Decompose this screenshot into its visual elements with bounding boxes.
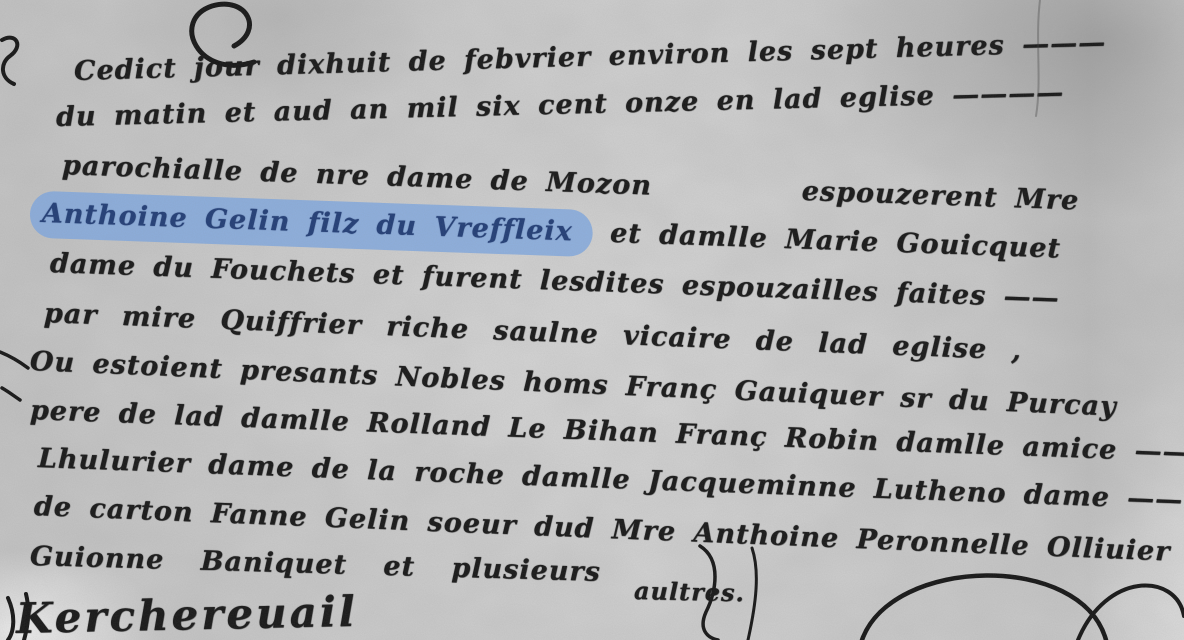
descender-stroke (748, 548, 756, 640)
pen-gap (652, 195, 802, 200)
line-3-right-text: espouzerent Mre (801, 176, 1080, 217)
ink-mark-left-mid (0, 352, 28, 400)
ink-mark-left-top (2, 38, 17, 84)
flourish-bottom-right-large (862, 575, 1106, 640)
manuscript-line-2: du matin et aud an mil six cent onze en … (56, 77, 1065, 133)
flourish-bottom-right-small (1078, 586, 1184, 640)
manuscript-page: Cedict jour dixhuit de febvrier environ … (0, 0, 1184, 640)
line-1-text: Cedict jour dixhuit de febvrier environ … (74, 27, 1107, 87)
highlighted-text: Anthoine Gelin filz du Vreffleix (29, 191, 593, 258)
manuscript-line-1: Cedict jour dixhuit de febvrier environ … (74, 27, 1107, 87)
line-2-text: du matin et aud an mil six cent onze en … (56, 77, 1065, 133)
signature-text: Kerchereuail (15, 587, 358, 640)
signature: Kerchereuail (15, 587, 358, 640)
line-11-text: Guionne Baniquet et plusieurs (30, 541, 602, 588)
line-12-text: aultres. (634, 576, 746, 607)
line-4-rest-text: et damlle Marie Gouicquet (610, 218, 1062, 265)
manuscript-line-11: Guionne Baniquet et plusieurs (30, 541, 602, 588)
manuscript-line-12: aultres. (634, 576, 746, 607)
